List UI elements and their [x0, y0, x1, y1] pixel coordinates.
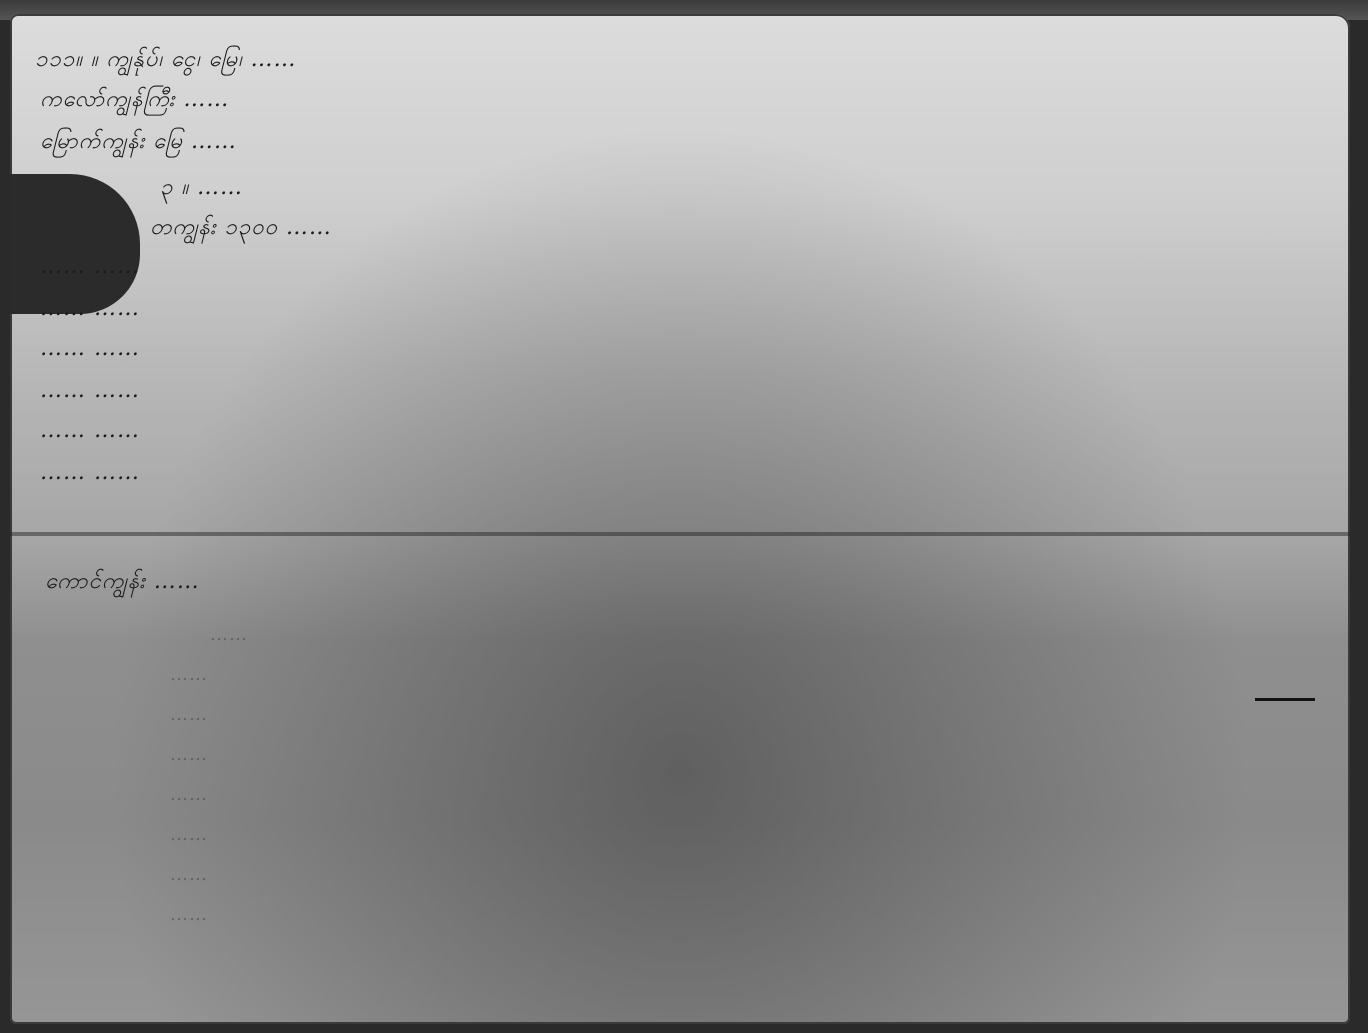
faint-line-3: …… — [170, 704, 1320, 738]
ink-mark — [1255, 698, 1315, 701]
faint-line-8: …… — [170, 904, 1320, 938]
faint-line-7: …… — [170, 864, 1320, 898]
bottom-text-line: ကောင်ကျွန်း …… — [45, 566, 1320, 600]
faint-line-1: …… — [210, 624, 1320, 658]
text-line-7: …… …… — [40, 296, 1320, 330]
manuscript-page: ၁၁၁။ ။ ကျွန်ုပ်၊ ငွေ၊ မြေ၊ …… ကလော်ကျွန်… — [10, 14, 1350, 1024]
torn-edge — [10, 174, 140, 314]
page-fold — [10, 532, 1350, 536]
text-line-11: …… …… — [40, 460, 1320, 494]
text-line-3: မြောက်ကျွန်း မြေ …… — [40, 126, 1320, 160]
faint-line-4: …… — [170, 744, 1320, 778]
text-line-2: ကလော်ကျွန်ကြီး …… — [40, 84, 1320, 118]
text-line-5: တကျွန်း ၁၃၀၀ …… — [150, 212, 1320, 246]
text-line-4: ၃ ။ …… — [160, 172, 1320, 206]
text-line-10: …… …… — [40, 418, 1320, 452]
text-line-1: ၁၁၁။ ။ ကျွန်ုပ်၊ ငွေ၊ မြေ၊ …… — [35, 44, 1320, 78]
text-line-6: …… …… — [40, 254, 1320, 288]
faint-line-6: …… — [170, 824, 1320, 858]
faint-line-2: …… — [170, 664, 1320, 698]
text-line-9: …… …… — [40, 378, 1320, 412]
text-line-8: …… …… — [40, 336, 1320, 370]
faint-line-5: …… — [170, 784, 1320, 818]
